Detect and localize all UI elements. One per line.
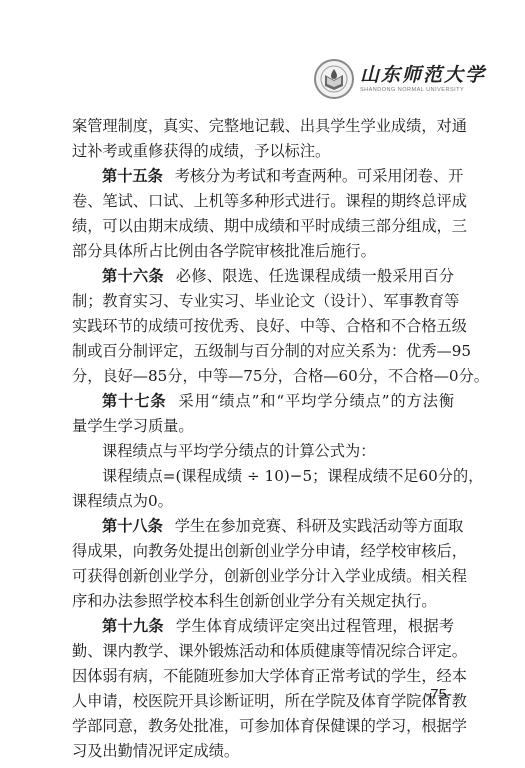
page-number: -75-: [425, 686, 452, 703]
university-emblem-icon: [314, 59, 354, 99]
article-number: 第十六条: [102, 267, 164, 285]
university-logo: 山东师范大学 SHANDONG NORMAL UNIVERSITY: [314, 58, 486, 100]
text-line: 学生在参加竞赛、科研及实践活动等方面取: [175, 517, 464, 535]
text-line: 课程绩点=(课程成绩 ÷ 10)−5；课程成绩不足60分的，: [72, 464, 454, 489]
logo-chinese-name: 山东师范大学: [360, 64, 486, 86]
text-line: 考核分为考试和考查两种。可采用闭卷、开: [175, 167, 464, 185]
formula-intro: 课程绩点与平均学分绩点的计算公式为：: [72, 439, 454, 464]
text-line: 学生体育成绩评定突出过程管理，根据考: [176, 617, 454, 635]
article-number: 第十九条: [102, 617, 164, 635]
text-line: 采用“绩点”和“平均学分绩点”的方法衡: [178, 392, 454, 410]
text-line: 绩，可以由期末成绩、期中成绩和平时成绩三部分组成，三: [72, 214, 454, 239]
logo-english-name: SHANDONG NORMAL UNIVERSITY: [360, 86, 486, 94]
text-line: 制或百分制评定，五级制与百分制的对应关系为：优秀—95: [72, 339, 454, 364]
text-line: 勤、课内教学、课外锻炼活动和体质健康等情况综合评定。: [72, 639, 454, 664]
document-body: 案管理制度，真实、完整地记载、出具学生学业成绩，对通 过补考或重修获得的成绩，予…: [72, 114, 454, 764]
text-line: 得成果，向教务处提出创新创业学分申请，经学校审核后，: [72, 539, 454, 564]
article-number: 第十七条: [102, 392, 166, 410]
article-number: 第十八条: [102, 517, 163, 535]
text-line: 可获得创新创业学分，创新创业学分计入学业成绩。相关程: [72, 564, 454, 589]
text-line: 人申请，校医院开具诊断证明，所在学院及体育学院体育教: [72, 689, 454, 714]
text-line: 制；教育实习、专业实习、毕业论文（设计）、军事教育等: [72, 289, 454, 314]
text-line: 序和办法参照学校本科生创新创业学分有关规定执行。: [72, 589, 454, 614]
paragraph-continuation: 案管理制度，真实、完整地记载、出具学生学业成绩，对通 过补考或重修获得的成绩，予…: [72, 114, 454, 164]
text-line: 因体弱有病，不能随班参加大学体育正常考试的学生，经本: [72, 664, 454, 689]
text-line: 课程绩点为0。: [72, 489, 454, 514]
text-line: 必修、限选、任选课程成绩一般采用百分: [176, 267, 454, 285]
text-line: 学部同意，教务处批准，可参加体育保健课的学习，根据学: [72, 714, 454, 739]
text-line: 量学生学习质量。: [72, 414, 454, 439]
text-line: 分，良好—85分，中等—75分，合格—60分，不合格—0分。: [72, 364, 454, 389]
article-15: 第十五条考核分为考试和考查两种。可采用闭卷、开 卷、笔试、口试、上机等多种形式进…: [72, 164, 454, 264]
article-17: 第十七条采用“绩点”和“平均学分绩点”的方法衡 量学生学习质量。: [72, 389, 454, 439]
formula: 课程绩点=(课程成绩 ÷ 10)−5；课程成绩不足60分的， 课程绩点为0。: [72, 464, 454, 514]
text-line: 实践环节的成绩可按优秀、良好、中等、合格和不合格五级: [72, 314, 454, 339]
text-line: 部分具体所占比例由各学院审核批准后施行。: [72, 239, 454, 264]
text-line: 习及出勤情况评定成绩。: [72, 739, 454, 764]
text-line: 卷、笔试、口试、上机等多种形式进行。课程的期终总评成: [72, 189, 454, 214]
article-18: 第十八条学生在参加竞赛、科研及实践活动等方面取 得成果，向教务处提出创新创业学分…: [72, 514, 454, 614]
article-16: 第十六条必修、限选、任选课程成绩一般采用百分 制；教育实习、专业实习、毕业论文（…: [72, 264, 454, 389]
text-line: 案管理制度，真实、完整地记载、出具学生学业成绩，对通: [72, 114, 454, 139]
text-line: 过补考或重修获得的成绩，予以标注。: [72, 139, 454, 164]
text-line: 课程绩点与平均学分绩点的计算公式为：: [72, 439, 454, 464]
article-19: 第十九条学生体育成绩评定突出过程管理，根据考 勤、课内教学、课外锻炼活动和体质健…: [72, 614, 454, 764]
article-number: 第十五条: [102, 167, 163, 185]
